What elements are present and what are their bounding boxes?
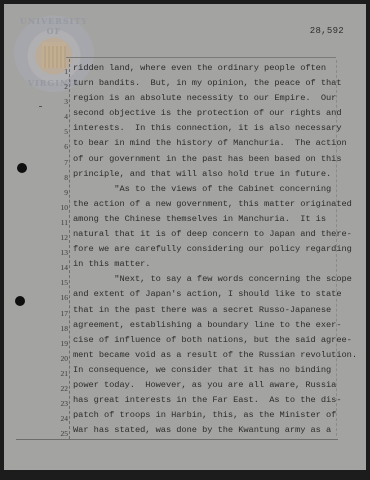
line-number: 15 — [54, 275, 68, 290]
text-line: natural that it is of deep concern to Ja… — [73, 227, 335, 242]
text-line: to bear in mind the history of Manchuria… — [73, 136, 335, 151]
text-line: "Next, to say a few words concerning the… — [73, 272, 335, 287]
line-number: 5 — [54, 124, 68, 139]
text-line: interests. In this connection, it is als… — [73, 121, 335, 136]
text-line: ridden land, where even the ordinary peo… — [73, 61, 335, 76]
line-number: 9 — [54, 185, 68, 200]
text-line: among the Chinese themselves in Manchuri… — [73, 212, 335, 227]
line-number: 17 — [54, 306, 68, 321]
text-line: In consequence, we consider that it has … — [73, 363, 335, 378]
line-number: 13 — [54, 245, 68, 260]
line-number: 22 — [54, 381, 68, 396]
line-number: 3 — [54, 94, 68, 109]
line-number: 4 — [54, 109, 68, 124]
text-line: ment became void as a result of the Russ… — [73, 348, 335, 363]
punch-hole — [17, 163, 27, 173]
text-line: cise of influence of both nations, but t… — [73, 333, 335, 348]
line-number: 19 — [54, 336, 68, 351]
line-number: 12 — [54, 230, 68, 245]
line-number: 24 — [54, 411, 68, 426]
text-line: and extent of Japan's action, I should l… — [73, 287, 335, 302]
text-line: the action of a new government, this mat… — [73, 197, 335, 212]
line-number: 2 — [54, 79, 68, 94]
line-number: 16 — [54, 290, 68, 305]
text-line: fore we are carefully considering our po… — [73, 242, 335, 257]
text-line: second objective is the protection of ou… — [73, 106, 335, 121]
line-number: 8 — [54, 170, 68, 185]
line-number: 25 — [54, 426, 68, 441]
line-numbers: 1 2 3 4 5 6 7 8 9 10 11 12 13 14 15 16 1… — [54, 64, 68, 441]
punch-hole — [15, 296, 25, 306]
line-number: 18 — [54, 321, 68, 336]
page-number: 28,592 — [310, 26, 344, 36]
text-line: power today. However, as you are all awa… — [73, 378, 335, 393]
left-margin-rule — [69, 59, 70, 439]
text-line: patch of troops in Harbin, this, as the … — [73, 408, 335, 423]
line-number: 1 — [54, 64, 68, 79]
text-line: has great interests in the Far East. As … — [73, 393, 335, 408]
text-line: principle, and that will also hold true … — [73, 167, 335, 182]
line-number: 11 — [54, 215, 68, 230]
text-line: War has stated, was done by the Kwantung… — [73, 423, 335, 438]
document-page: UNIVERSITY OF VIRGINIA 28,592 1 2 3 4 5 … — [4, 4, 366, 470]
line-number: 23 — [54, 396, 68, 411]
line-number: 10 — [54, 200, 68, 215]
text-line: that in the past there was a secret Russ… — [73, 303, 335, 318]
text-line: region is an absolute necessity to our E… — [73, 91, 335, 106]
top-rule — [66, 57, 336, 58]
typewritten-text: ridden land, where even the ordinary peo… — [73, 61, 335, 438]
line-number: 20 — [54, 351, 68, 366]
text-line: turn bandits. But, in my opinion, the pe… — [73, 76, 335, 91]
text-line: in this matter. — [73, 257, 335, 272]
line-number: 7 — [54, 155, 68, 170]
watermark-top-text: UNIVERSITY OF — [14, 16, 94, 36]
margin-tick — [39, 106, 42, 107]
line-number: 21 — [54, 366, 68, 381]
line-number: 14 — [54, 260, 68, 275]
text-line: agreement, establishing a boundary line … — [73, 318, 335, 333]
text-line: of our government in the past has been b… — [73, 152, 335, 167]
line-number: 6 — [54, 139, 68, 154]
text-line: "As to the views of the Cabinet concerni… — [73, 182, 335, 197]
